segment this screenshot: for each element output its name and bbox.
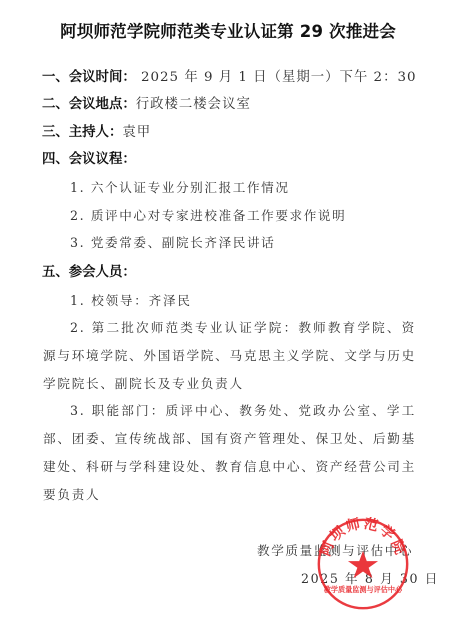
stamp-inner-text: 教学质量监测与评估中心 <box>323 585 403 594</box>
section-host: 三、主持人：袁甲 <box>42 124 151 142</box>
agenda-item: 1. 六个认证专业分别汇报工作情况 <box>70 179 290 197</box>
official-seal-stamp: 阿坝师范学院 教学质量监测与评估中心 <box>316 517 410 611</box>
meeting-time-value: 2025 年 9 月 1 日（星期一）下午 2：30 <box>136 70 417 85</box>
meeting-location-value: 行政楼二楼会议室 <box>136 97 251 112</box>
host-value: 袁甲 <box>122 125 151 140</box>
section-meeting-location: 二、会议地点：行政楼二楼会议室 <box>42 96 251 114</box>
agenda-item: 3. 党委常委、副院长齐泽民讲话 <box>70 234 275 252</box>
document-page: 阿坝师范学院师范类专业认证第 29 次推进会 一、会议时间： 2025 年 9 … <box>0 0 456 639</box>
section-heading: 三、主持人： <box>42 125 122 140</box>
document-title: 阿坝师范学院师范类专业认证第 29 次推进会 <box>0 18 456 42</box>
participant-item: 1. 校领导：齐泽民 <box>43 287 416 315</box>
section-agenda: 四、会议议程： <box>42 151 136 169</box>
participant-item: 2. 第二批次师范类专业认证学院：教师教育学院、资源与环境学院、外国语学院、马克… <box>43 314 416 398</box>
star-icon <box>348 551 378 578</box>
section-heading: 五、参会人员： <box>42 265 136 280</box>
section-heading: 一、会议时间： <box>42 70 136 85</box>
section-heading: 二、会议地点： <box>42 97 136 112</box>
agenda-item: 2. 质评中心对专家进校准备工作要求作说明 <box>70 207 346 225</box>
section-heading: 四、会议议程： <box>42 152 136 167</box>
section-participants: 五、参会人员： <box>42 264 136 282</box>
participant-item: 3. 职能部门：质评中心、教务处、党政办公室、学工部、团委、宣传统战部、国有资产… <box>43 397 416 509</box>
section-meeting-time: 一、会议时间： 2025 年 9 月 1 日（星期一）下午 2：30 <box>42 69 417 87</box>
